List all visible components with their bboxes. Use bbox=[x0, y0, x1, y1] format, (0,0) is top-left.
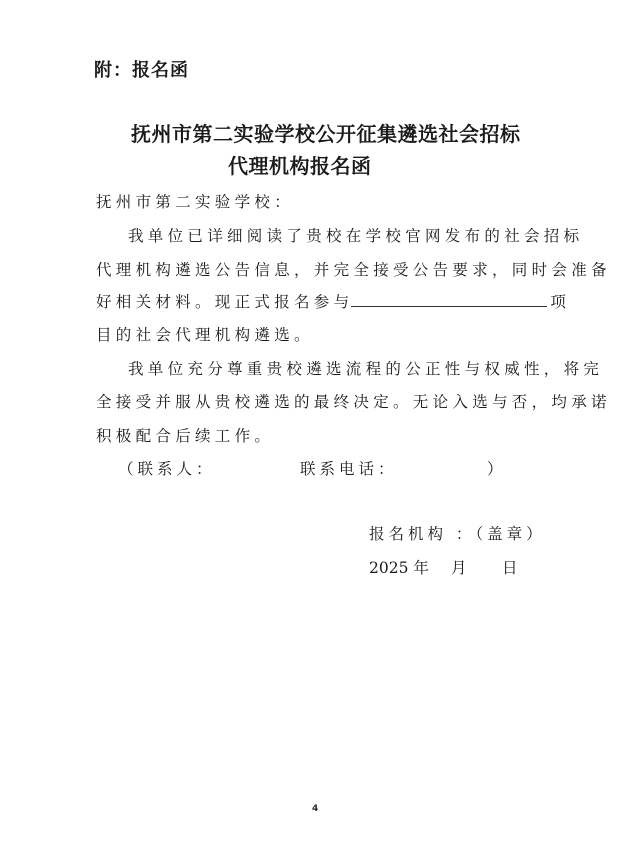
paragraph-2-line-1: 我单位充分尊重贵校遴选流程的公正性与权威性，将完 bbox=[128, 357, 603, 379]
paragraph-1-line-2: 代理机构遴选公告信息，并完全接受公告要求，同时会准备 bbox=[96, 258, 611, 280]
paragraph-1-line-3-prefix: 好相关材料。现正式报名参与 bbox=[96, 293, 353, 311]
date-year: 2025 年 bbox=[369, 556, 429, 578]
project-name-blank-field[interactable] bbox=[351, 290, 547, 307]
paragraph-1-line-3-suffix: 项 bbox=[550, 293, 570, 311]
signing-organization-label: 报名机构 ：（盖章） bbox=[369, 522, 546, 544]
paragraph-2-line-2: 全接受并服从贵校遴选的最终决定。无论入选与否，均承诺 bbox=[96, 390, 611, 412]
paragraph-1-line-3: 好相关材料。现正式报名参与项 bbox=[96, 290, 570, 312]
document-title-line-2: 代理机构报名函 bbox=[228, 150, 372, 179]
attachment-label: 附：报名函 bbox=[94, 56, 189, 82]
date-month: 月 bbox=[451, 556, 467, 578]
paragraph-1-line-1: 我单位已详细阅读了贵校在学校官网发布的社会招标 bbox=[128, 224, 583, 246]
page-number: 4 bbox=[312, 804, 318, 814]
paragraph-1-line-4: 目的社会代理机构遴选。 bbox=[96, 323, 314, 345]
paragraph-2-line-3: 积极配合后续工作。 bbox=[96, 424, 274, 446]
contact-close-paren: ） bbox=[487, 457, 507, 479]
contact-phone-label: 联系电话： bbox=[300, 457, 398, 479]
document-title-line-1: 抚州市第二实验学校公开征集遴选社会招标 bbox=[131, 118, 521, 147]
date-day: 日 bbox=[502, 556, 518, 578]
salutation: 抚州市第二实验学校： bbox=[96, 190, 294, 212]
contact-person-label: （联系人： bbox=[118, 457, 216, 479]
